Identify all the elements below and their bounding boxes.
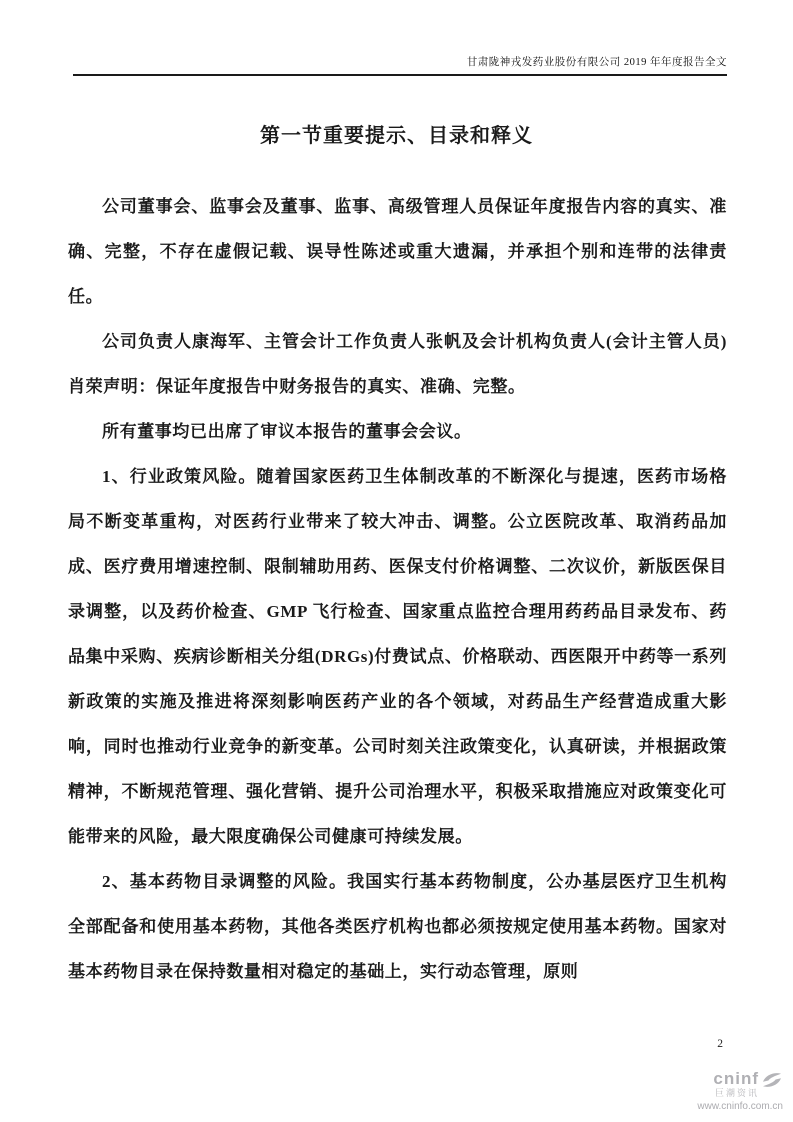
paragraph-directors-attendance: 所有董事均已出席了审议本报告的董事会会议。 xyxy=(68,409,727,454)
paragraph-risk-industry-policy: 1、行业政策风险。随着国家医药卫生体制改革的不断深化与提速，医药市场格局不断变革… xyxy=(68,454,727,859)
cninfo-swirl-icon xyxy=(761,1071,783,1089)
logo-top-row: cninf xyxy=(697,1070,783,1089)
paragraph-risk-essential-drug-list: 2、基本药物目录调整的风险。我国实行基本药物制度，公办基层医疗卫生机构全部配备和… xyxy=(68,859,727,994)
logo-url-text: www.cninfo.com.cn xyxy=(697,1101,783,1112)
logo-chinese-name: 巨潮资讯 xyxy=(697,1089,759,1099)
page-header: 甘肃陇神戎发药业股份有限公司 2019 年年度报告全文 xyxy=(73,0,727,76)
paragraph-board-declaration: 公司董事会、监事会及董事、监事、高级管理人员保证年度报告内容的真实、准确、完整，… xyxy=(68,184,727,319)
section-title: 第一节重要提示、目录和释义 xyxy=(0,122,793,150)
report-page: 甘肃陇神戎发药业股份有限公司 2019 年年度报告全文 第一节重要提示、目录和释… xyxy=(0,0,793,1122)
paragraph-responsible-persons: 公司负责人康海军、主管会计工作负责人张帆及会计机构负责人(会计主管人员)肖荣声明… xyxy=(68,319,727,409)
document-body: 公司董事会、监事会及董事、监事、高级管理人员保证年度报告内容的真实、准确、完整，… xyxy=(68,184,727,994)
header-text: 甘肃陇神戎发药业股份有限公司 2019 年年度报告全文 xyxy=(467,57,727,68)
logo-brand-text: cninf xyxy=(713,1070,759,1089)
cninfo-logo: cninf 巨潮资讯 www.cninfo.com.cn xyxy=(697,1070,783,1112)
page-number: 2 xyxy=(717,1038,723,1050)
